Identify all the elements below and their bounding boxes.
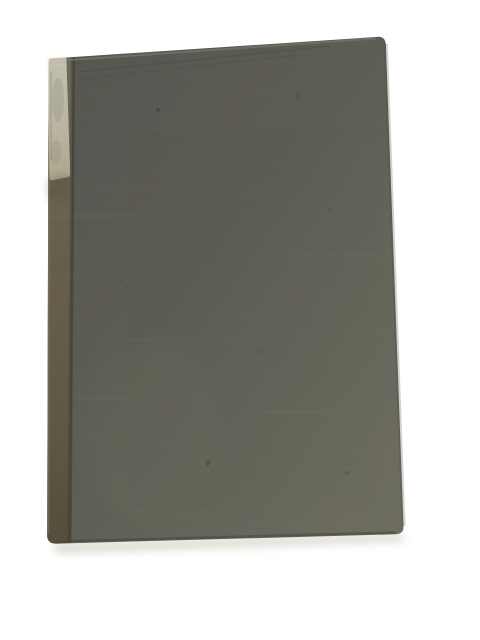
cloth-grain-texture [40,30,412,550]
book-photograph [0,0,480,640]
book-illustration [0,0,480,640]
